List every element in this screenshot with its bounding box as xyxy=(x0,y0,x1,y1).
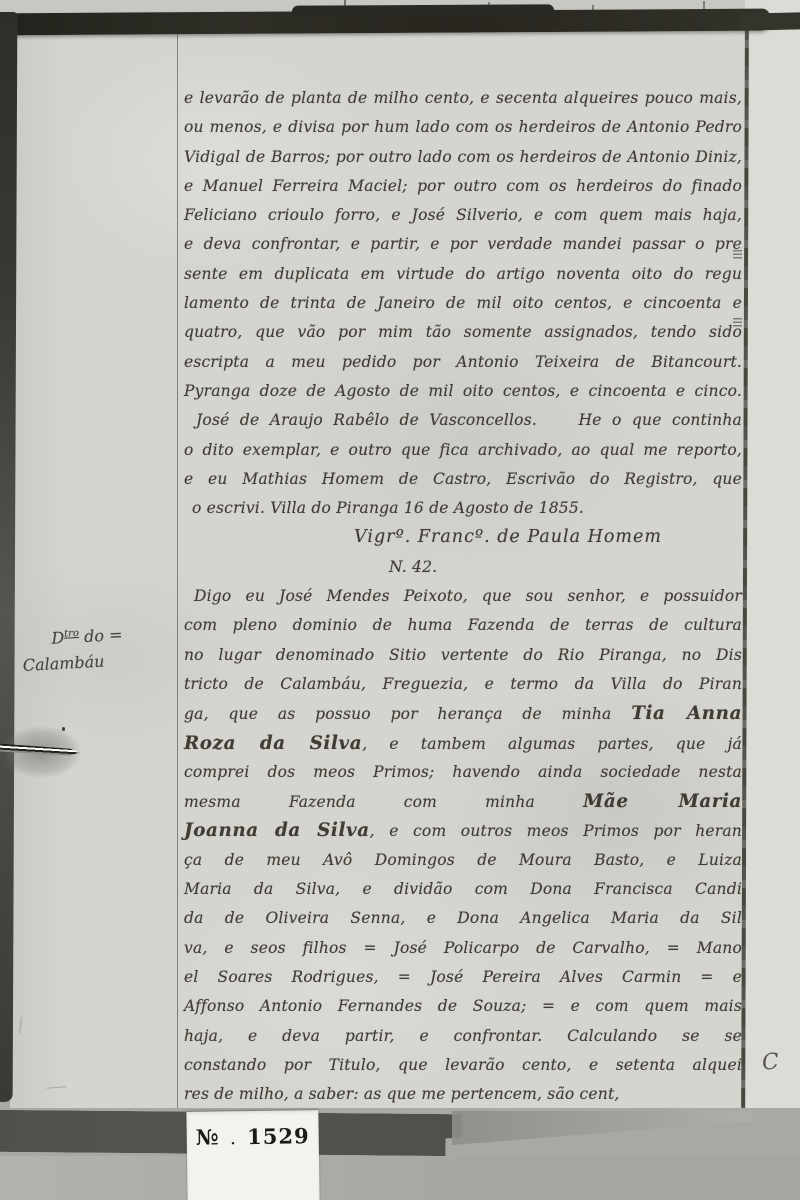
manuscript-line: e levarão de planta de milho cento, e se… xyxy=(184,84,742,113)
emphasized-name: Mãe Maria xyxy=(583,791,742,812)
manuscript-line: res de milho, a saber: as que me pertenc… xyxy=(184,1080,742,1109)
manuscript-line: José de Araujo Rabêlo de Vasconcellos. H… xyxy=(184,406,742,435)
adjacent-page xyxy=(745,0,800,1132)
scanned-document: e levarão de planta de milho cento, e se… xyxy=(0,0,800,1200)
manuscript-line: o escrivi. Villa do Piranga 16 de Agosto… xyxy=(184,494,742,523)
manuscript-line: Vidigal de Barros; por outro lado com os… xyxy=(184,143,742,172)
manuscript-line: Joanna da Silva, e com outros meos Primo… xyxy=(184,816,742,845)
manuscript-line: constando por Titulo, que levarão cento,… xyxy=(184,1051,742,1080)
pencil-scribble xyxy=(46,1077,67,1088)
manuscript-line: Maria da Silva, e dividão com Dona Franc… xyxy=(184,875,742,904)
manuscript-line: Affonso Antonio Fernandes de Souza; = e … xyxy=(184,992,742,1021)
emphasized-name: Joanna da Silva xyxy=(184,820,370,841)
emphasized-name: Tia Anna xyxy=(631,703,742,724)
label-separator-dot: . xyxy=(231,1133,237,1148)
manuscript-line: Digo eu José Mendes Peixoto, que sou sen… xyxy=(184,582,742,611)
manuscript-line: va, e seos filhos = José Policarpo de Ca… xyxy=(184,934,742,963)
manuscript-line: da de Oliveira Senna, e Dona Angelica Ma… xyxy=(184,904,742,933)
manuscript-line: com pleno dominio de huma Fazenda de ter… xyxy=(184,611,742,640)
emphasized-name: Roza da Silva xyxy=(184,733,362,754)
manuscript-line: Pyranga doze de Agosto de mil oito cento… xyxy=(184,377,742,406)
manuscript-line: ou menos, e divisa por hum lado com os h… xyxy=(184,113,742,142)
manuscript-line: lamento de trinta de Janeiro de mil oito… xyxy=(184,289,742,318)
numero-sign: № xyxy=(196,1124,220,1149)
binding-edge-bump xyxy=(292,4,554,17)
binding-edge-top-right xyxy=(740,12,800,30)
manuscript-line: quatro, que vão por mim tão somente assi… xyxy=(184,318,742,347)
manuscript-line: N. 42. xyxy=(184,553,742,582)
manuscript-line: tricto de Calambáu, Freguezia, e termo d… xyxy=(184,670,742,699)
archive-number-label: № . 1529 xyxy=(186,1110,319,1200)
manuscript-line: Vigrº. Francº. de Paula Homem xyxy=(184,523,742,552)
manuscript-line: mesma Fazenda com minha Mãe Maria xyxy=(184,787,742,816)
manuscript-line: escripta a meu pedido por Antonio Teixei… xyxy=(184,348,742,377)
manuscript-line: Feliciano crioulo forro, e José Silverio… xyxy=(184,201,742,230)
handwriting-block: e levarão de planta de milho cento, e se… xyxy=(184,84,742,1109)
ink-hatch-mark xyxy=(733,250,742,259)
pencil-scribble xyxy=(19,1017,34,1035)
manuscript-line: e deva confrontar, e partir, e por verda… xyxy=(184,230,742,259)
margin-rule-line xyxy=(177,34,178,1110)
ink-hatch-mark xyxy=(733,318,742,327)
ink-dot xyxy=(62,727,65,731)
manuscript-line: comprei dos meos Primos; havendo ainda s… xyxy=(184,758,742,787)
manuscript-line: sente em duplicata em virtude do artigo … xyxy=(184,260,742,289)
manuscript-line: ça de meu Avô Domingos de Moura Basto, e… xyxy=(184,846,742,875)
manuscript-line: o dito exemplar, e outro que fica archiv… xyxy=(184,436,742,465)
table-surface xyxy=(0,1108,800,1200)
manuscript-line: e eu Mathias Homem de Castro, Escrivão d… xyxy=(184,465,742,494)
manuscript-line: e Manuel Ferreira Maciel; por outro com … xyxy=(184,172,742,201)
manuscript-line: el Soares Rodrigues, = José Pereira Alve… xyxy=(184,963,742,992)
margin-note: Dtro do = Calambáu xyxy=(21,616,174,679)
archive-number: 1529 xyxy=(247,1123,310,1149)
manuscript-line: haja, e deva partir, e confrontar. Calcu… xyxy=(184,1022,742,1051)
manuscript-line: ga, que as possuo por herança de minha T… xyxy=(184,699,742,728)
table-surface-light xyxy=(0,1156,800,1200)
catchword: C xyxy=(761,1049,780,1075)
book-bottom-shadow xyxy=(452,1111,752,1145)
manuscript-line: no lugar denominado Sitio vertente do Ri… xyxy=(184,641,742,670)
manuscript-line: Roza da Silva, e tambem algumas partes, … xyxy=(184,729,742,758)
